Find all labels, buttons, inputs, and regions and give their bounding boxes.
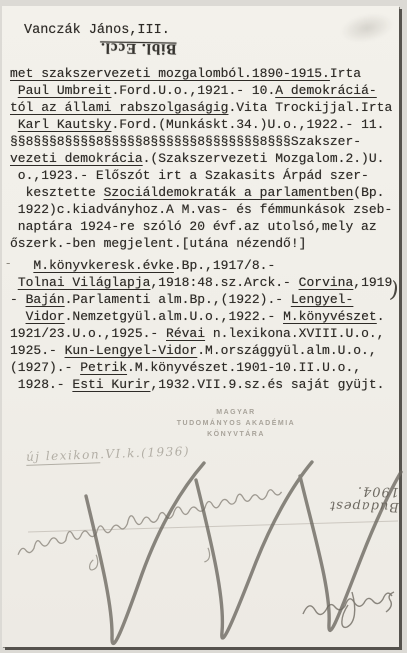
typed-text-underlined: vezeti demokrácia xyxy=(10,151,143,166)
typed-line: őszerk.-ben megjelent.[utána nézendő!] xyxy=(10,235,392,252)
typed-text: .Vita Trockijjal.Irta xyxy=(228,100,392,115)
typed-text-underlined: A demokráciá- xyxy=(275,83,376,98)
typed-text-underlined: Karl Kautsky xyxy=(18,117,112,132)
typed-text: 1928.- xyxy=(10,377,72,392)
typed-line: Tolnai Világlapja,1918:48.sz.Arck.- Corv… xyxy=(10,274,392,291)
typed-text: naptára 1924-re szóló 20 évf.az utolsó,m… xyxy=(10,219,377,234)
typed-text: ,1919 xyxy=(353,275,392,290)
typed-line: o.,1923.- Előszót irt a Szakasits Árpád … xyxy=(10,167,392,184)
typed-line: vezeti demokrácia.(Szakszervezeti Mozgal… xyxy=(10,150,392,167)
typed-line: - Baján.Parlamenti alm.Bp.,(1922).- Leng… xyxy=(10,291,392,308)
typed-text xyxy=(10,83,18,98)
pencil-note-lexicon-underlined: új lexikon xyxy=(26,447,101,466)
typed-text-underlined: Kun-Lengyel-Vidor xyxy=(65,343,198,358)
typed-text: n.lexikona.XVIII.U.o., xyxy=(205,326,384,341)
typed-text-underlined: Révai xyxy=(166,326,205,341)
typed-text xyxy=(10,275,18,290)
typed-text: Irta xyxy=(330,66,361,81)
typed-text xyxy=(10,117,18,132)
typed-text-underlined: Tolnai Világlapja xyxy=(18,275,151,290)
typed-text-underlined: Paul Umbreit xyxy=(18,83,112,98)
typed-text: .Ford.U.o.,1921.- 10. xyxy=(111,83,275,98)
typed-text-underlined: Baján xyxy=(26,292,65,307)
typed-text-underlined: Corvina xyxy=(299,275,354,290)
inverted-handwritten-date: Budapest 1904. xyxy=(285,482,400,514)
typed-text xyxy=(10,309,26,324)
typed-text-underlined: Vidor xyxy=(26,309,65,324)
typed-text: ,1918:48.sz.Arck.- xyxy=(150,275,298,290)
library-stamp: MAGYAR TUDOMÁNYOS AKADÉMIA KÖNYVTÁRA xyxy=(150,407,322,440)
typed-text: ,1932.VII.9.sz.és saját gyüjt. xyxy=(150,377,384,392)
typed-text: §§8§§§8§§§§8§§§§§8§§§§§§8§§§§§§§8§§§ xyxy=(10,134,291,149)
typed-text: őszerk.-ben megjelent.[utána nézendő!] xyxy=(10,236,306,251)
typed-text-underlined: Esti Kurir xyxy=(72,377,150,392)
typed-text-underlined: met szakszervezeti mozgalomból.1890-1915… xyxy=(10,66,330,81)
typed-text-underlined: Lengyel- xyxy=(291,292,353,307)
typed-text: .Bp.,1917/8.- xyxy=(174,258,275,273)
library-stamp-line2: TUDOMÁNYOS AKADÉMIA xyxy=(150,418,322,429)
typed-text: (Bp. xyxy=(353,185,384,200)
pencil-margin-mark: - xyxy=(6,256,10,271)
typed-text: .Ford.(Munkáskt.34.)U.o.,1922.- 11. xyxy=(111,117,384,132)
typed-text: Szakszer- xyxy=(291,134,361,149)
typed-line: met szakszervezeti mozgalomból.1890-1915… xyxy=(10,65,392,82)
typed-text: (1927).- xyxy=(10,360,80,375)
typed-text: .(Szakszervezeti Mozgalom.2.)U. xyxy=(143,151,385,166)
typed-line: 1928.- Esti Kurir,1932.VII.9.sz.és saját… xyxy=(10,376,392,393)
typed-text: .Parlamenti alm.Bp.,(1922).- xyxy=(65,292,291,307)
typed-text: - xyxy=(10,292,26,307)
typed-line: naptára 1924-re szóló 20 évf.az utolsó,m… xyxy=(10,218,392,235)
paper-smudge xyxy=(338,9,397,48)
typed-line: kesztette Szociáldemokraták a parlamentb… xyxy=(10,184,392,201)
typed-text: 1921/23.U.o.,1925.- xyxy=(10,326,166,341)
typed-line: (1927).- Petrik.M.könyvészet.1901-10.II.… xyxy=(10,359,392,376)
typed-text: kesztette xyxy=(10,185,104,200)
card-paper: Vanczák János,III. Bibl. Eccl. met szaks… xyxy=(2,6,399,647)
typed-text-underlined: M.könyvkeresk.évke xyxy=(33,258,173,273)
typed-text: .M.országgyül.alm.U.o., xyxy=(197,343,376,358)
typed-line: tól az állami rabszolgaságig.Vita Trocki… xyxy=(10,99,392,116)
typed-text-underlined: Petrik xyxy=(80,360,127,375)
paragraph-annotations: met szakszervezeti mozgalomból.1890-1915… xyxy=(10,65,392,252)
typed-line: Karl Kautsky.Ford.(Munkáskt.34.)U.o.,192… xyxy=(10,116,392,133)
pencil-note-lexicon: új lexikon.VI.k.(1936) xyxy=(26,444,190,464)
typed-line: 1921/23.U.o.,1925.- Révai n.lexikona.XVI… xyxy=(10,325,392,342)
pencil-note-lexicon-rest: .VI.k.(1936) xyxy=(100,444,190,461)
typed-text xyxy=(10,258,33,273)
typed-line: §§8§§§8§§§§8§§§§§8§§§§§§8§§§§§§§8§§§Szak… xyxy=(10,133,392,150)
card-header-name: Vanczák János,III. xyxy=(24,22,170,39)
typed-text: . xyxy=(377,309,385,324)
typed-line: M.könyvkeresk.évke.Bp.,1917/8.- xyxy=(10,257,392,274)
library-stamp-line3: KÖNYVTÁRA xyxy=(150,429,322,440)
typed-line: 1922)c.kiadványhoz.A M.vas- és fémmunkás… xyxy=(10,201,392,218)
typed-text: 1925.- xyxy=(10,343,65,358)
typed-text-underlined: Szociáldemokraták a parlamentben xyxy=(104,185,354,200)
typed-text: .M.könyvészet.1901-10.II.U.o., xyxy=(127,360,361,375)
paragraph-references: M.könyvkeresk.évke.Bp.,1917/8.- Tolnai V… xyxy=(10,257,392,393)
typed-line: Vidor.Nemzetgyül.alm.U.o.,1922.- M.könyv… xyxy=(10,308,392,325)
typed-text-underlined: M.könyvészet xyxy=(283,309,377,324)
typed-text-underlined: tól az állami rabszolgaságig xyxy=(10,100,228,115)
typed-text: o.,1923.- Előszót irt a Szakasits Árpád … xyxy=(10,168,369,183)
typed-text: .Nemzetgyül.alm.U.o.,1922.- xyxy=(65,309,283,324)
typed-line: Paul Umbreit.Ford.U.o.,1921.- 10.A demok… xyxy=(10,82,392,99)
inverted-bibl-eccl-stamp: Bibl. Eccl. xyxy=(100,38,177,56)
library-stamp-line1: MAGYAR xyxy=(150,407,322,418)
typed-text: 1922)c.kiadványhoz.A M.vas- és fémmunkás… xyxy=(10,202,392,217)
typed-line: 1925.- Kun-Lengyel-Vidor.M.országgyül.al… xyxy=(10,342,392,359)
scanned-catalog-card: Vanczák János,III. Bibl. Eccl. met szaks… xyxy=(0,0,407,653)
